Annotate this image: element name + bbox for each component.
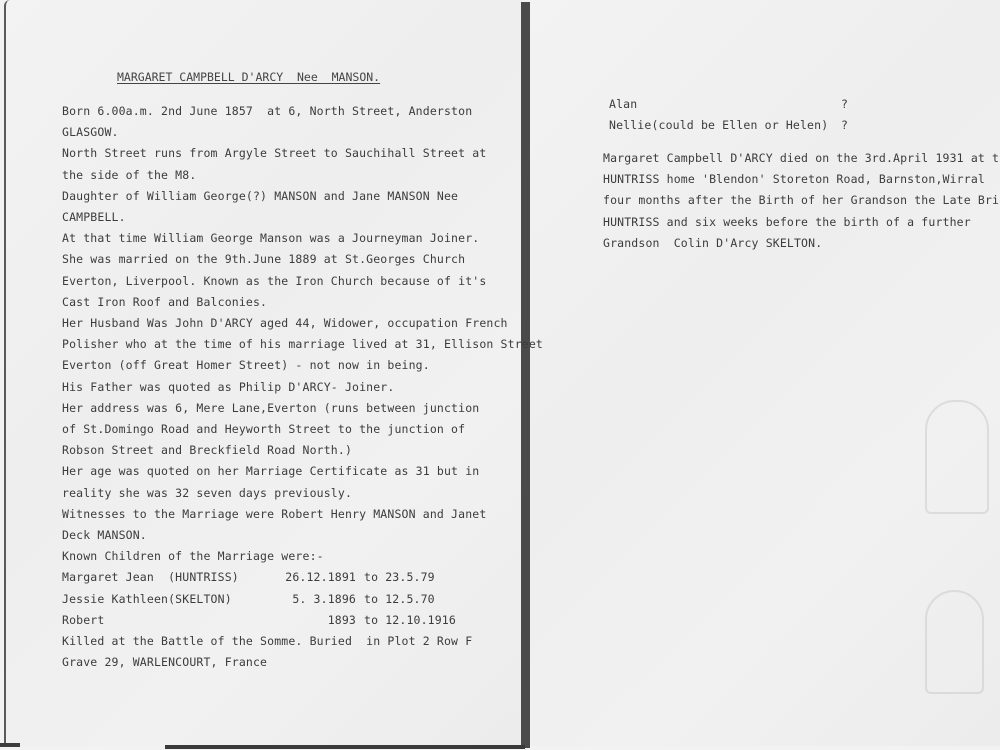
- scanned-document: MARGARET CAMPBELL D'ARCY Nee MANSON. Bor…: [0, 0, 1000, 750]
- page-edge: [165, 745, 525, 749]
- text-line: Her age was quoted on her Marriage Certi…: [62, 464, 479, 478]
- text-line: Killed at the Battle of the Somme. Burie…: [62, 634, 472, 648]
- text-line: four months after the Birth of her Grand…: [603, 193, 1000, 207]
- text-line: His Father was quoted as Philip D'ARCY- …: [62, 380, 394, 394]
- text-line: Everton, Liverpool. Known as the Iron Ch…: [62, 274, 486, 288]
- child-row: Jessie Kathleen(SKELTON)5. 3.1896to 12.5…: [0, 592, 450, 608]
- text-line: of St.Domingo Road and Heyworth Street t…: [62, 422, 465, 436]
- child-name: Nellie(could be Ellen or Helen): [609, 118, 828, 132]
- text-line: Her address was 6, Mere Lane,Everton (ru…: [62, 401, 479, 415]
- text-line: Everton (off Great Homer Street) - not n…: [62, 358, 430, 372]
- page-edge: [0, 743, 20, 747]
- right-page: [530, 0, 1000, 746]
- text-line: Cast Iron Roof and Balconies.: [62, 295, 267, 309]
- child-death-date: to 23.5.79: [364, 570, 435, 584]
- text-line: CAMPBELL.: [62, 210, 126, 224]
- text-line: Grave 29, WARLENCOURT, France: [62, 655, 267, 669]
- text-line: Grandson Colin D'Arcy SKELTON.: [603, 236, 822, 250]
- text-line: GLASGOW.: [62, 125, 119, 139]
- page-spine: [521, 2, 530, 748]
- text-line: reality she was 32 seven days previously…: [62, 486, 352, 500]
- child-dates-unknown: ?: [841, 118, 848, 132]
- text-line: Deck MANSON.: [62, 528, 147, 542]
- text-line: Her Husband Was John D'ARCY aged 44, Wid…: [62, 316, 508, 330]
- child-death-date: to 12.10.1916: [364, 613, 456, 627]
- child-row: Margaret Jean (HUNTRISS)26.12.1891to 23.…: [0, 570, 450, 586]
- text-line: Born 6.00a.m. 2nd June 1857 at 6, North …: [62, 104, 472, 118]
- watermark-shape: [925, 400, 989, 514]
- text-line: HUNTRISS home 'Blendon' Storeton Road, B…: [603, 172, 985, 186]
- text-line: Daughter of William George(?) MANSON and…: [62, 189, 458, 203]
- document-title: MARGARET CAMPBELL D'ARCY Nee MANSON.: [117, 70, 380, 84]
- text-line: Robson Street and Breckfield Road North.…: [62, 443, 352, 457]
- child-dates-unknown: ?: [841, 97, 848, 111]
- text-line: At that time William George Manson was a…: [62, 231, 479, 245]
- text-line: Witnesses to the Marriage were Robert He…: [62, 507, 486, 521]
- text-line: Margaret Campbell D'ARCY died on the 3rd…: [603, 151, 1000, 165]
- child-name: Margaret Jean (HUNTRISS): [62, 570, 239, 584]
- text-line: Known Children of the Marriage were:-: [62, 549, 324, 563]
- watermark-shape: [925, 590, 984, 694]
- text-line: HUNTRISS and six weeks before the birth …: [603, 215, 971, 229]
- child-name: Jessie Kathleen(SKELTON): [62, 592, 232, 606]
- text-line: Polisher who at the time of his marriage…: [62, 337, 543, 351]
- child-name: Robert: [62, 613, 104, 627]
- text-line: the side of the M8.: [62, 168, 196, 182]
- child-name: Alan: [609, 97, 637, 111]
- child-death-date: to 12.5.70: [364, 592, 435, 606]
- text-line: North Street runs from Argyle Street to …: [62, 146, 486, 160]
- child-birth-date: 26.12.1891: [285, 570, 356, 584]
- child-birth-date: 5. 3.1896: [292, 592, 356, 606]
- text-line: She was married on the 9th.June 1889 at …: [62, 252, 465, 266]
- child-row: Robert1893to 12.10.1916: [0, 613, 450, 629]
- child-birth-date: 1893: [328, 613, 356, 627]
